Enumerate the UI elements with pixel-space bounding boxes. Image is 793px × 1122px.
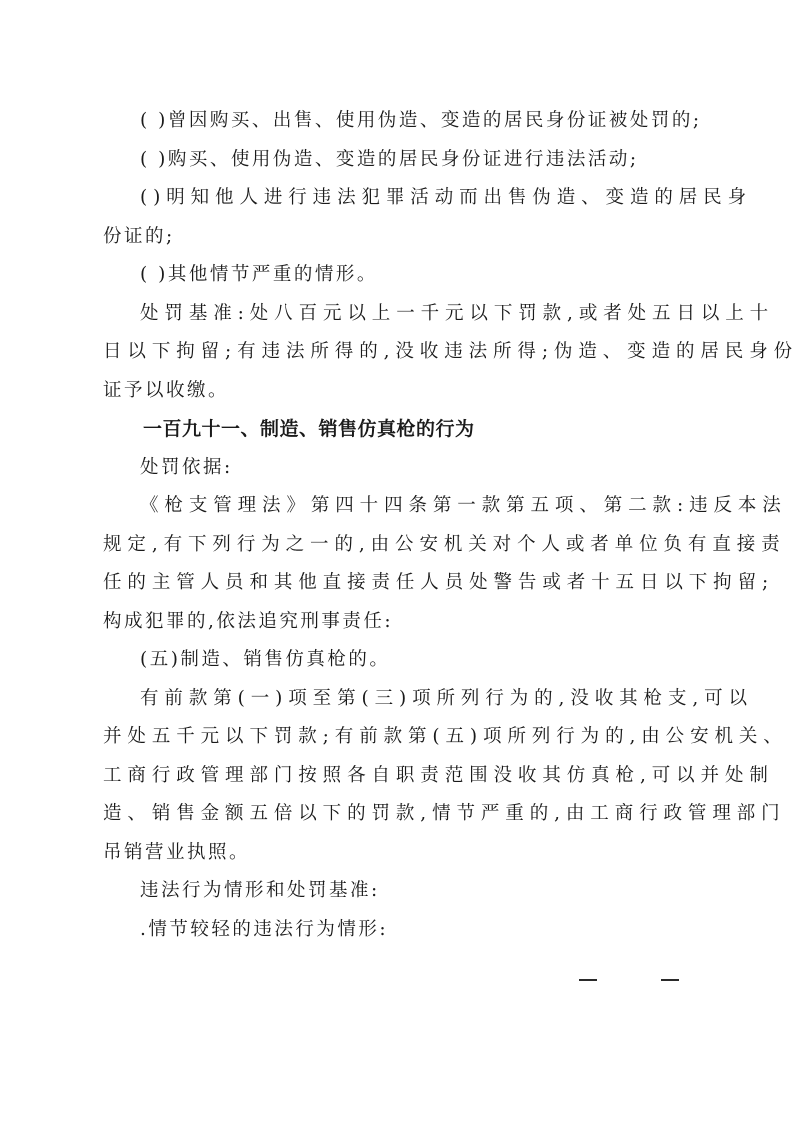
paragraph-text: ( )购买、使用伪造、变造的居民身份证进行违法活动; bbox=[140, 141, 639, 180]
paragraph-text: 证予以收缴。 bbox=[103, 372, 229, 411]
violation-circumstances-label: 违法行为情形和处罚基准: bbox=[103, 872, 691, 911]
paragraph-text: 构成犯罪的,依法追究刑事责任: bbox=[103, 603, 393, 642]
list-item-purchase-forged-id-punished: ( )曾因购买、出售、使用伪造、变造的居民身份证被处罚的; bbox=[103, 102, 691, 141]
law-citation-paragraph: 《 枪 支 管 理 法 》 第 四 十 四 条 第 一 款 第 五 项 、 第 … bbox=[103, 487, 691, 526]
list-item-other-serious: ( )其他情节严重的情形。 bbox=[103, 256, 691, 295]
paragraph-text: 工 商 行 政 管 理 部 门 按 照 各 自 职 责 范 围 没 收 其 仿 … bbox=[103, 757, 691, 796]
law-citation-paragraph-line-3: 任 的 主 管 人 员 和 其 他 直 接 责 任 人 员 处 警 告 或 者 … bbox=[103, 564, 691, 603]
confiscation-paragraph-line-3: 工 商 行 政 管 理 部 门 按 照 各 自 职 责 范 围 没 收 其 仿 … bbox=[103, 757, 691, 796]
list-item-sell-forged-id: ( ) 明 知 他 人 进 行 违 法 犯 罪 活 动 而 出 售 伪 造 、 … bbox=[103, 179, 691, 218]
penalty-standard-paragraph-line-3: 证予以收缴。 bbox=[103, 372, 691, 411]
confiscation-paragraph-line-2: 并 处 五 千 元 以 下 罚 款 ; 有 前 款 第 ( 五 ) 项 所 列 … bbox=[103, 718, 691, 757]
paragraph-text: 造 、 销 售 金 额 五 倍 以 下 的 罚 款 , 情 节 严 重 的 , … bbox=[103, 795, 691, 834]
page-number-dash-right bbox=[661, 979, 679, 981]
paragraph-continuation: 份证的; bbox=[103, 218, 691, 257]
paragraph-text: 日 以 下 拘 留 ; 有 违 法 所 得 的 , 没 收 违 法 所 得 ; … bbox=[103, 333, 691, 372]
paragraph-text: (五)制造、销售仿真枪的。 bbox=[140, 641, 390, 680]
section-heading: 一百九十一、制造、销售仿真枪的行为 bbox=[103, 410, 691, 449]
penalty-standard-paragraph: 处 罚 基 准 : 处 八 百 元 以 上 一 千 元 以 下 罚 款 , 或 … bbox=[103, 295, 691, 334]
confiscation-paragraph: 有 前 款 第 ( 一 ) 项 至 第 ( 三 ) 项 所 列 行 为 的 , … bbox=[103, 680, 691, 719]
paragraph-text: .情节较轻的违法行为情形: bbox=[140, 911, 388, 950]
paragraph-text: 规 定 , 有 下 列 行 为 之 一 的 , 由 公 安 机 关 对 个 人 … bbox=[103, 526, 691, 565]
paragraph-text: ( )曾因购买、出售、使用伪造、变造的居民身份证被处罚的; bbox=[140, 102, 702, 141]
minor-circumstances-label: .情节较轻的违法行为情形: bbox=[103, 911, 691, 950]
paragraph-text: 任 的 主 管 人 员 和 其 他 直 接 责 任 人 员 处 警 告 或 者 … bbox=[103, 564, 691, 603]
law-citation-paragraph-line-4: 构成犯罪的,依法追究刑事责任: bbox=[103, 603, 691, 642]
paragraph-text: 《 枪 支 管 理 法 》 第 四 十 四 条 第 一 款 第 五 项 、 第 … bbox=[140, 487, 691, 526]
paragraph-text: 有 前 款 第 ( 一 ) 项 至 第 ( 三 ) 项 所 列 行 为 的 , … bbox=[140, 680, 691, 719]
paragraph-text: 处罚依据: bbox=[140, 449, 233, 488]
document-page: ( )曾因购买、出售、使用伪造、变造的居民身份证被处罚的; ( )购买、使用伪造… bbox=[103, 102, 691, 949]
section-heading-text: 一百九十一、制造、销售仿真枪的行为 bbox=[143, 418, 475, 440]
paragraph-text: ( ) 明 知 他 人 进 行 违 法 犯 罪 活 动 而 出 售 伪 造 、 … bbox=[140, 179, 691, 218]
list-item-use-forged-id: ( )购买、使用伪造、变造的居民身份证进行违法活动; bbox=[103, 141, 691, 180]
paragraph-text: 并 处 五 千 元 以 下 罚 款 ; 有 前 款 第 ( 五 ) 项 所 列 … bbox=[103, 718, 691, 757]
law-citation-paragraph-line-2: 规 定 , 有 下 列 行 为 之 一 的 , 由 公 安 机 关 对 个 人 … bbox=[103, 526, 691, 565]
page-number-dash-left bbox=[579, 979, 597, 981]
confiscation-paragraph-line-5: 吊销营业执照。 bbox=[103, 834, 691, 873]
paragraph-text: 违法行为情形和处罚基准: bbox=[140, 872, 380, 911]
penalty-standard-paragraph-line-2: 日 以 下 拘 留 ; 有 违 法 所 得 的 , 没 收 违 法 所 得 ; … bbox=[103, 333, 691, 372]
list-item-imitation-gun: (五)制造、销售仿真枪的。 bbox=[103, 641, 691, 680]
page-number bbox=[579, 974, 679, 986]
paragraph-text: 处 罚 基 准 : 处 八 百 元 以 上 一 千 元 以 下 罚 款 , 或 … bbox=[140, 295, 691, 334]
paragraph-text: ( )其他情节严重的情形。 bbox=[140, 256, 378, 295]
penalty-basis-label: 处罚依据: bbox=[103, 449, 691, 488]
paragraph-text: 吊销营业执照。 bbox=[103, 834, 250, 873]
paragraph-text: 份证的; bbox=[103, 218, 175, 257]
confiscation-paragraph-line-4: 造 、 销 售 金 额 五 倍 以 下 的 罚 款 , 情 节 严 重 的 , … bbox=[103, 795, 691, 834]
